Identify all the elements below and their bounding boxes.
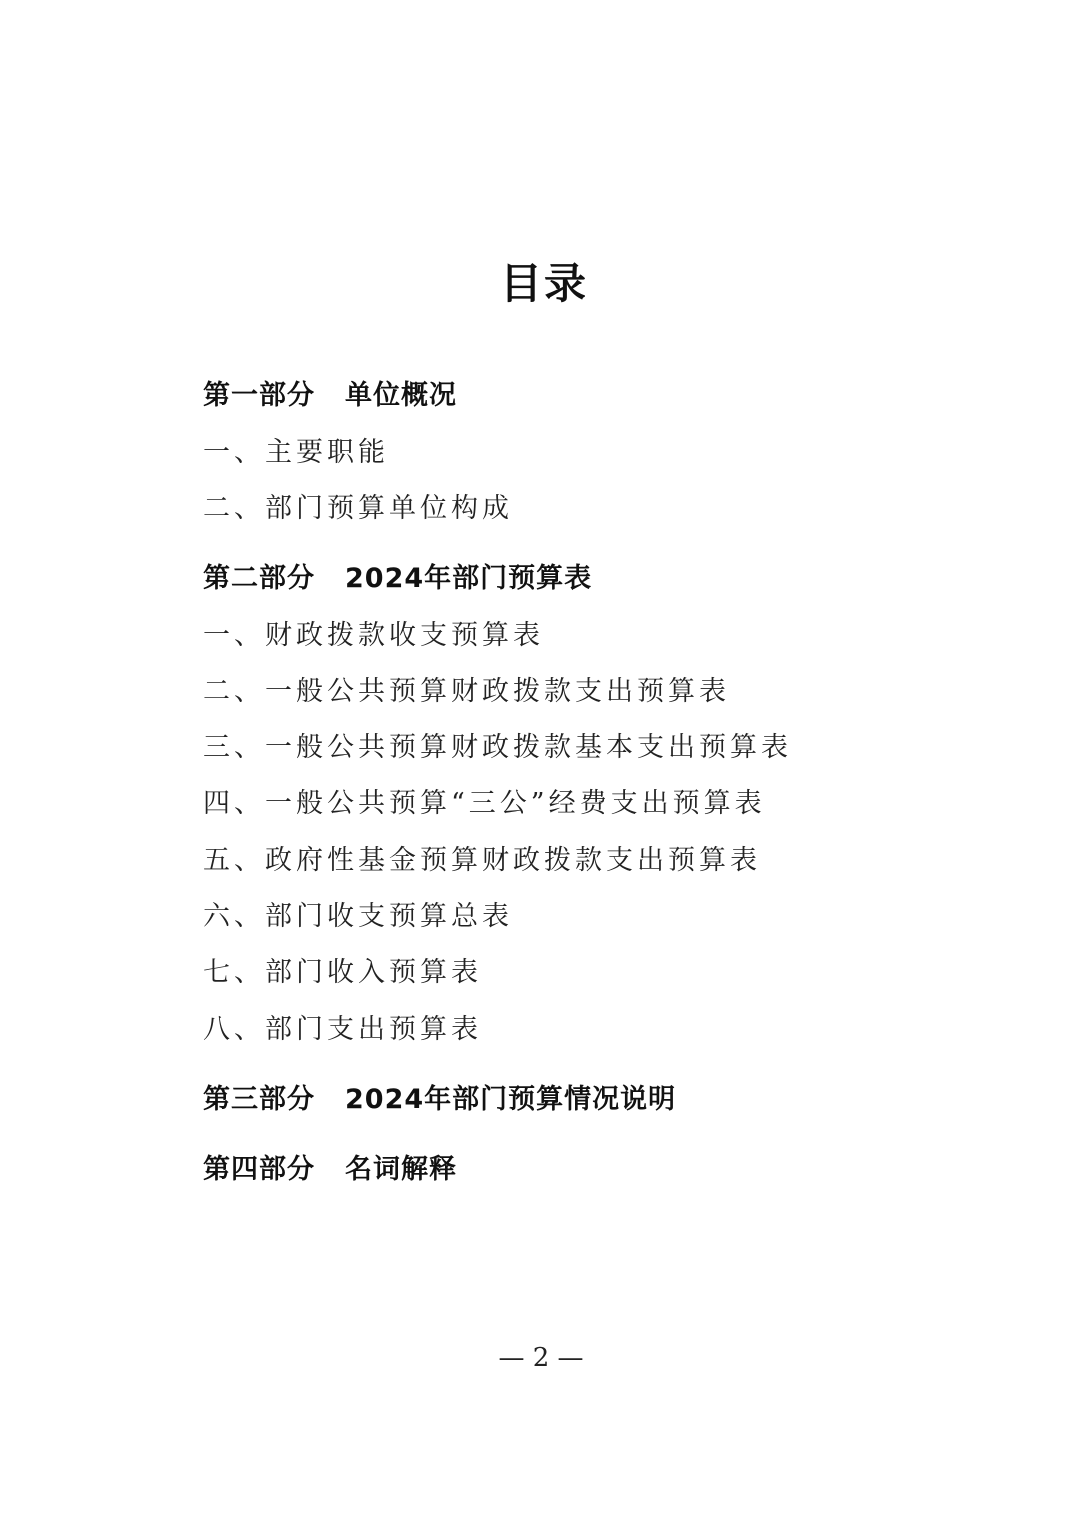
toc-item: 四、一般公共预算“三公”经费支出预算表 <box>203 786 766 822</box>
toc-item: 一、主要职能 <box>203 435 389 471</box>
toc-part-title: 名词解释 <box>345 1154 457 1185</box>
toc-part-label: 第三部分 <box>203 1082 315 1118</box>
toc-item: 五、政府性基金预算财政拨款支出预算表 <box>203 843 761 879</box>
toc-item: 三、一般公共预算财政拨款基本支出预算表 <box>203 730 792 766</box>
page-title: 目录 <box>0 254 1074 314</box>
page-number: — 2 — <box>0 1340 1074 1376</box>
toc-part-title: 2024年部门预算情况说明 <box>345 1084 676 1115</box>
toc-part-title: 2024年部门预算表 <box>345 563 592 594</box>
toc-part-label: 第一部分 <box>203 378 315 414</box>
toc-item: 六、部门收支预算总表 <box>203 899 513 935</box>
toc-part-title: 单位概况 <box>345 380 457 411</box>
toc-item: 二、部门预算单位构成 <box>203 491 513 527</box>
toc-item: 一、财政拨款收支预算表 <box>203 618 544 654</box>
toc-item: 七、部门收入预算表 <box>203 955 482 991</box>
toc-item: 八、部门支出预算表 <box>203 1012 482 1048</box>
toc-part-4: 第四部分名词解释 <box>203 1152 457 1188</box>
toc-item: 二、一般公共预算财政拨款支出预算表 <box>203 674 730 710</box>
toc-part-label: 第四部分 <box>203 1152 315 1188</box>
toc-part-1: 第一部分单位概况 <box>203 378 457 414</box>
toc-part-3: 第三部分2024年部门预算情况说明 <box>203 1082 676 1118</box>
toc-part-label: 第二部分 <box>203 561 315 597</box>
toc-part-2: 第二部分2024年部门预算表 <box>203 561 592 597</box>
